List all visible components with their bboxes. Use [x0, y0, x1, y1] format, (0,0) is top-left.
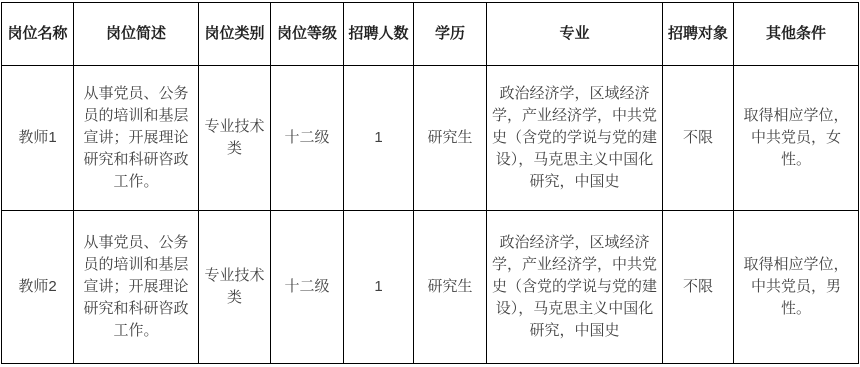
cell-position-description: 从事党员、公务员的培训和基层宣讲；开展理论研究和科研咨政工作。 — [74, 66, 199, 211]
cell-recruit-count: 1 — [344, 66, 414, 211]
cell-education: 研究生 — [414, 66, 487, 211]
cell-position-grade: 十二级 — [271, 66, 344, 211]
cell-recruit-target: 不限 — [663, 66, 734, 211]
cell-major: 政治经济学，区域经济学，产业经济学，中共党史（含党的学说与党的建设），马克思主义… — [487, 66, 663, 211]
cell-position-name: 教师1 — [2, 66, 74, 211]
cell-recruit-target: 不限 — [663, 211, 734, 364]
cell-position-description: 从事党员、公务员的培训和基层宣讲；开展理论研究和科研咨政工作。 — [74, 211, 199, 364]
header-major: 专业 — [487, 3, 663, 66]
table-row-teacher1: 教师1 从事党员、公务员的培训和基层宣讲；开展理论研究和科研咨政工作。 专业技术… — [2, 66, 859, 211]
recruitment-table-screen: 岗位名称 岗位简述 岗位类别 岗位等级 招聘人数 学历 专业 招聘对象 其他条件… — [0, 0, 860, 367]
header-recruit-count: 招聘人数 — [344, 3, 414, 66]
cell-major: 政治经济学，区域经济学，产业经济学，中共党史（含党的学说与党的建设），马克思主义… — [487, 211, 663, 364]
header-position-name: 岗位名称 — [2, 3, 74, 66]
cell-recruit-count: 1 — [344, 211, 414, 364]
cell-position-name: 教师2 — [2, 211, 74, 364]
header-education: 学历 — [414, 3, 487, 66]
header-position-description: 岗位简述 — [74, 3, 199, 66]
cell-position-category: 专业技术类 — [199, 211, 271, 364]
table-row-teacher2: 教师2 从事党员、公务员的培训和基层宣讲；开展理论研究和科研咨政工作。 专业技术… — [2, 211, 859, 364]
recruitment-positions-table: 岗位名称 岗位简述 岗位类别 岗位等级 招聘人数 学历 专业 招聘对象 其他条件… — [1, 2, 859, 364]
header-position-category: 岗位类别 — [199, 3, 271, 66]
header-recruit-target: 招聘对象 — [663, 3, 734, 66]
cell-position-grade: 十二级 — [271, 211, 344, 364]
header-row: 岗位名称 岗位简述 岗位类别 岗位等级 招聘人数 学历 专业 招聘对象 其他条件 — [2, 3, 859, 66]
header-position-grade: 岗位等级 — [271, 3, 344, 66]
cell-other-conditions: 取得相应学位，中共党员，女性。 — [734, 66, 859, 211]
cell-position-category: 专业技术类 — [199, 66, 271, 211]
header-other-conditions: 其他条件 — [734, 3, 859, 66]
cell-education: 研究生 — [414, 211, 487, 364]
cell-other-conditions: 取得相应学位，中共党员，男性。 — [734, 211, 859, 364]
